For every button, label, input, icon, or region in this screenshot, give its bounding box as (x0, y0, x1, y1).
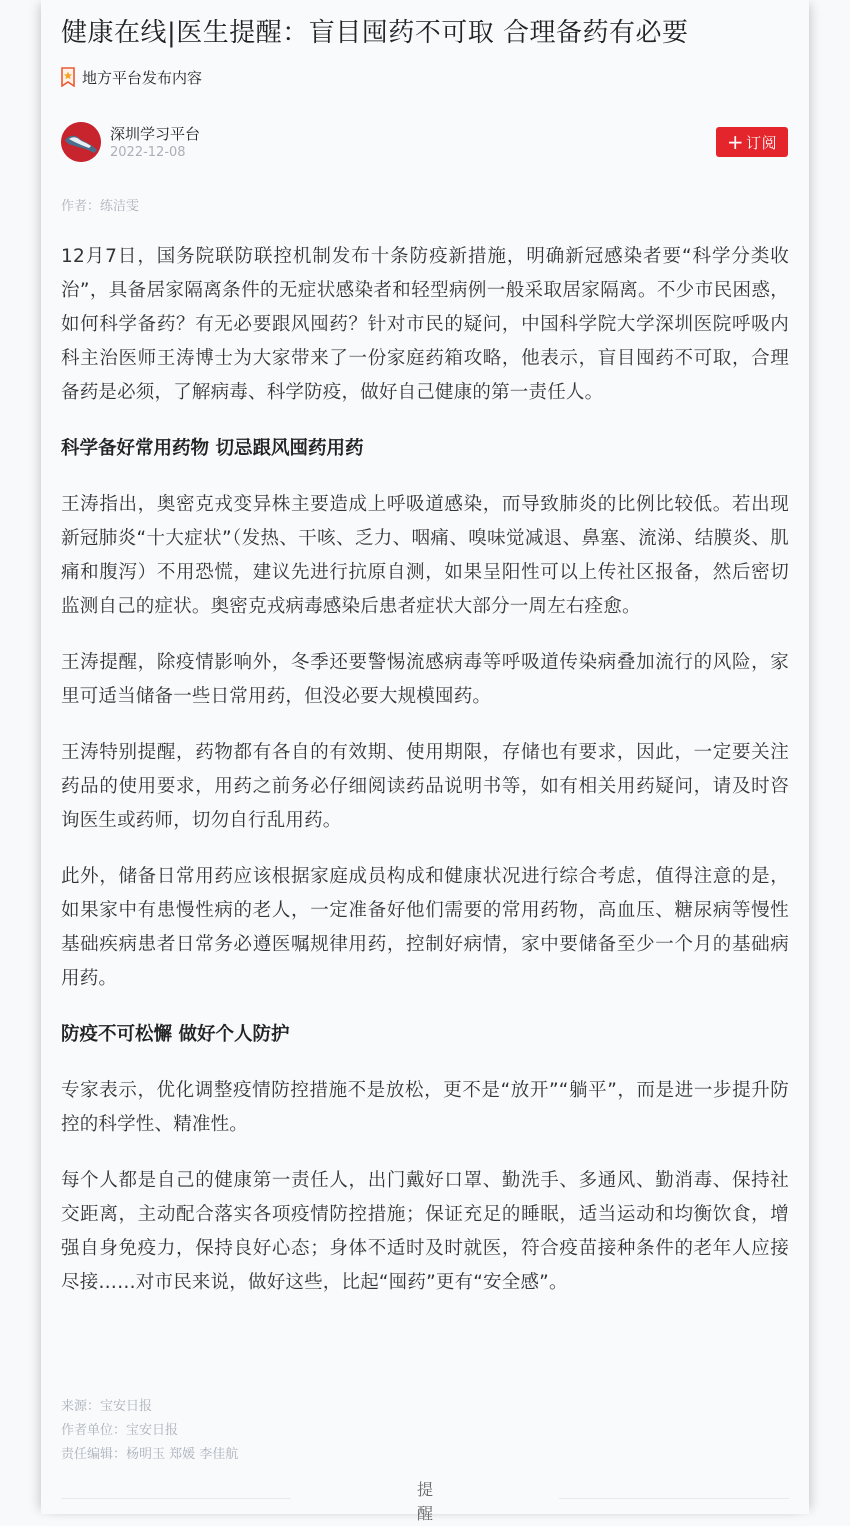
divider-line-right (559, 1498, 789, 1499)
publisher-name[interactable]: 深圳学习平台 (110, 123, 200, 144)
paragraph: 此外，储备日常用药应该根据家庭成员构成和健康状况进行综合考虑，值得注意的是，如果… (61, 860, 789, 996)
paragraph: 王涛特别提醒，药物都有各自的有效期、使用期限，存储也有要求，因此，一定要关注药品… (61, 736, 789, 838)
bookmark-star-icon (61, 67, 75, 87)
article-meta: 来源：宝安日报 作者单位：宝安日报 责任编辑：杨明玉 郑媛 李佳航 (61, 1395, 789, 1467)
section-heading: 防疫不可松懈 做好个人防护 (61, 1018, 789, 1052)
section-heading: 科学备好常用药物 切忌跟风囤药用药 (61, 432, 789, 466)
article-title: 健康在线|医生提醒：盲目囤药不可取 合理备药有必要 (61, 14, 789, 52)
paragraph: 专家表示，优化调整疫情防控措施不是放松，更不是“放开”“躺平”，而是进一步提升防… (61, 1074, 789, 1142)
source-badge-label: 地方平台发布内容 (82, 67, 202, 88)
paragraph: 每个人都是自己的健康第一责任人，出门戴好口罩、勤洗手、多通风、勤消毒、保持社交距… (61, 1164, 789, 1300)
author-unit-line: 作者单位：宝安日报 (61, 1419, 789, 1443)
subscribe-label: 订阅 (746, 132, 777, 153)
divider-line-left (61, 1498, 291, 1499)
source-line: 来源：宝安日报 (61, 1395, 789, 1419)
section-divider: 提醒 (61, 1478, 789, 1514)
paragraph: 12月7日，国务院联防联控机制发布十条防疫新措施，明确新冠感染者要“科学分类收治… (61, 240, 789, 410)
article-page: 健康在线|医生提醒：盲目囤药不可取 合理备药有必要 地方平台发布内容 深圳学习平… (41, 0, 809, 1514)
publisher-row: 深圳学习平台 2022-12-08 + 订阅 (61, 120, 789, 164)
author-byline: 作者：练洁雯 (61, 195, 789, 214)
publish-date: 2022-12-08 (110, 145, 186, 160)
source-badge: 地方平台发布内容 (61, 66, 789, 88)
subscribe-button[interactable]: + 订阅 (716, 127, 788, 157)
article-body: 12月7日，国务院联防联控机制发布十条防疫新措施，明确新冠感染者要“科学分类收治… (61, 240, 789, 1322)
editor-line: 责任编辑：杨明玉 郑媛 李佳航 (61, 1443, 789, 1467)
paragraph: 王涛指出，奥密克戎变异株主要造成上呼吸道感染，而导致肺炎的比例比较低。若出现新冠… (61, 488, 789, 624)
paragraph: 王涛提醒，除疫情影响外，冬季还要警惕流感病毒等呼吸道传染病叠加流行的风险，家里可… (61, 646, 789, 714)
divider-label: 提醒 (413, 1478, 437, 1514)
plus-icon: + (727, 132, 744, 152)
publisher-avatar[interactable] (61, 122, 101, 162)
